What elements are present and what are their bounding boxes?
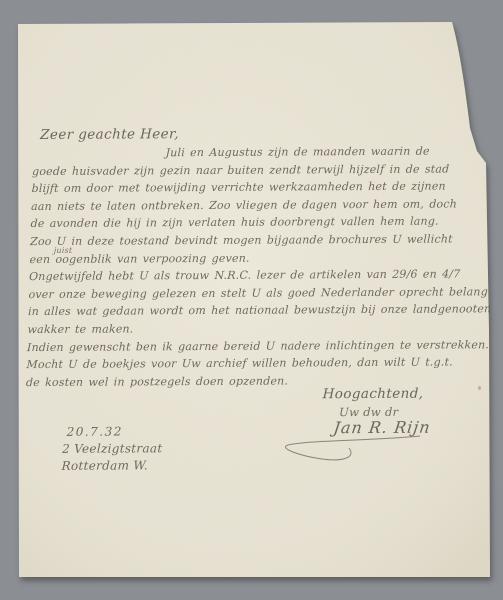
handwritten-line: goede huisvader zijn gezin naar buiten z… [32, 162, 450, 178]
handwritten-line: wakker te maken. [27, 322, 133, 336]
handwritten-text-layer: Zeer geachte Heer, Juli en Augustus zijn… [0, 0, 503, 600]
handwritten-line: Mocht U de boekjes voor Uw archief wille… [26, 356, 453, 372]
handwritten-line: Ongetwijfeld hebt U als trouw N.R.C. lez… [29, 268, 461, 284]
handwritten-line: de avonden die hij in zijn verlaten huis… [30, 215, 439, 230]
closing-phrase: Hoogachtend, [322, 386, 423, 403]
address-line: 2 Veelzigtstraat [62, 440, 163, 458]
handwritten-line: de kosten wel in postzegels doen opzende… [26, 374, 288, 389]
handwritten-line: Zoo U in deze toestand bevindt mogen bij… [30, 232, 453, 248]
handwritten-line: over onze beweging gelezen en stelt U al… [28, 285, 488, 301]
letter-date: 20.7.32 [66, 424, 123, 438]
handwritten-line: aan niets te laten ontbreken. Zoo vliege… [31, 197, 457, 213]
handwritten-line: Juli en Augustus zijn de maanden waarin … [165, 145, 429, 160]
signature: Jan R. Rijn [332, 418, 432, 438]
inserted-word-above-line: juist [54, 246, 73, 255]
handwritten-line: in alles wat gedaan wordt om het nationa… [28, 303, 492, 319]
sender-address: 2 VeelzigtstraatRotterdam W. [61, 440, 162, 475]
handwritten-line: Indien gewenscht ben ik gaarne bereid U … [27, 338, 489, 354]
salutation: Zeer geachte Heer, [40, 126, 179, 143]
paper-speck [478, 386, 481, 390]
handwritten-line: blijft om door met toewijding verrichte … [31, 180, 446, 196]
scanned-letter-background: Zeer geachte Heer, Juli en Augustus zijn… [0, 0, 503, 600]
address-line: Rotterdam W. [61, 457, 162, 475]
